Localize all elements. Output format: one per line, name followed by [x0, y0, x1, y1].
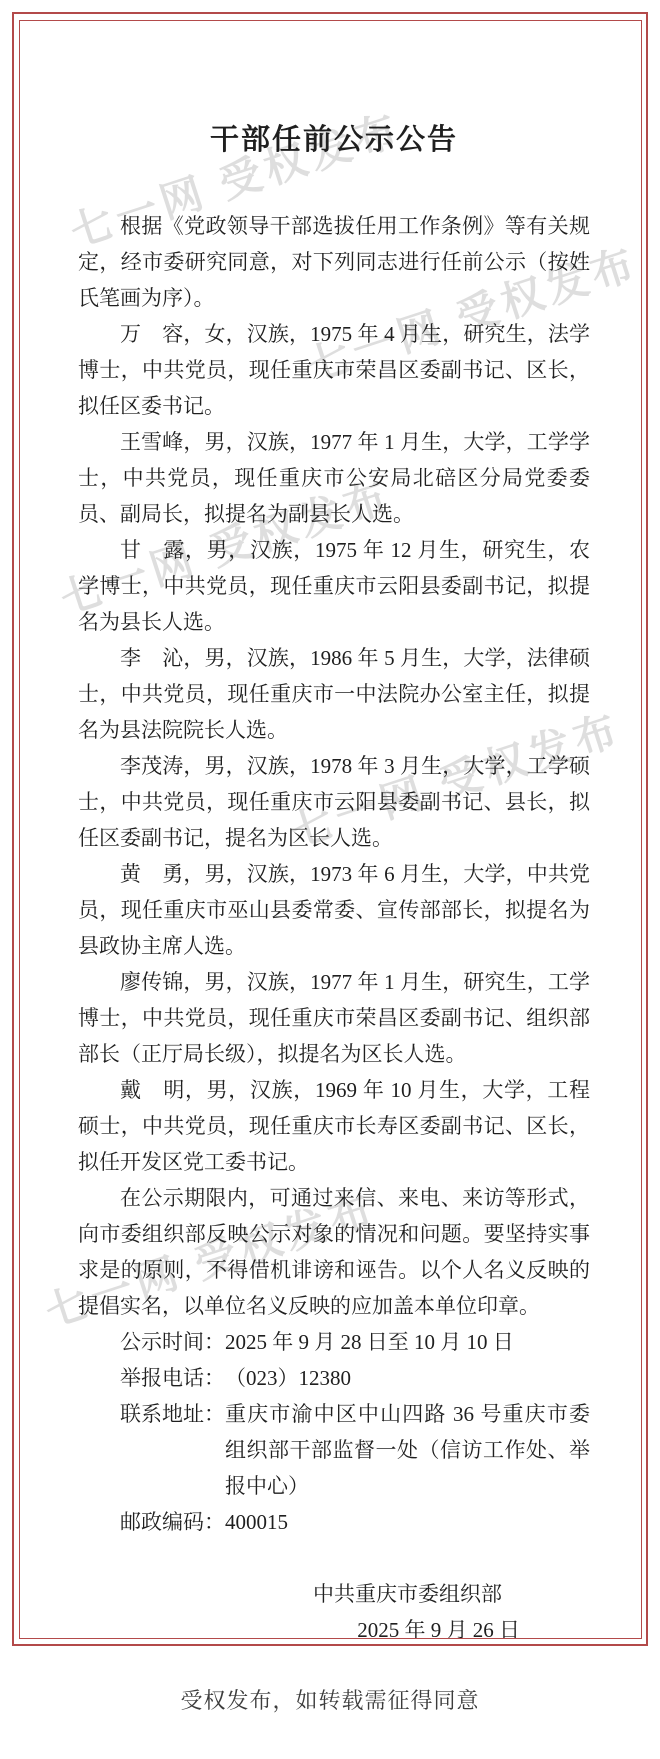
- candidate-paragraph: 王雪峰，男，汉族，1977 年 1 月生，大学，工学学士，中共党员，现任重庆市公…: [78, 424, 590, 532]
- intro-paragraph: 根据《党政领导干部选拔任用工作条例》等有关规定，经市委研究同意，对下列同志进行任…: [78, 208, 590, 316]
- postal-code-value: 400015: [225, 1504, 590, 1540]
- candidate-paragraph: 戴 明，男，汉族，1969 年 10 月生，大学，工程硕士，中共党员，现任重庆市…: [78, 1072, 590, 1180]
- signature-date: 2025 年 9 月 26 日: [78, 1612, 590, 1648]
- publicity-period-value: 2025 年 9 月 28 日至 10 月 10 日: [225, 1324, 590, 1360]
- report-phone-label: 举报电话：: [120, 1360, 225, 1396]
- candidate-paragraph: 廖传锦，男，汉族，1977 年 1 月生，研究生，工学博士，中共党员，现任重庆市…: [78, 964, 590, 1072]
- contact-block: 公示时间： 2025 年 9 月 28 日至 10 月 10 日 举报电话： （…: [78, 1324, 590, 1540]
- signature-block: 中共重庆市委组织部 2025 年 9 月 26 日: [78, 1576, 590, 1648]
- supervision-paragraph: 在公示期限内，可通过来信、来电、来访等形式，向市委组织部反映公示对象的情况和问题…: [78, 1180, 590, 1324]
- candidate-paragraph: 甘 露，男，汉族，1975 年 12 月生，研究生，农学博士，中共党员，现任重庆…: [78, 532, 590, 640]
- candidate-paragraph: 黄 勇，男，汉族，1973 年 6 月生，大学，中共党员，现任重庆市巫山县委常委…: [78, 856, 590, 964]
- contact-address-value: 重庆市渝中区中山四路 36 号重庆市委组织部干部监督一处（信访工作处、举报中心）: [225, 1396, 590, 1504]
- report-phone-row: 举报电话： （023）12380: [120, 1360, 590, 1396]
- candidate-paragraph: 李茂涛，男，汉族，1978 年 3 月生，大学，工学硕士，中共党员，现任重庆市云…: [78, 748, 590, 856]
- report-phone-value: （023）12380: [225, 1360, 590, 1396]
- postal-code-label: 邮政编码：: [120, 1504, 225, 1540]
- document-title: 干部任前公示公告: [78, 118, 590, 162]
- announcement-page: 七一网 受权发布 七一网 受权发布 七一网 受权发布 七一网 受权发布 七一网 …: [0, 0, 660, 1759]
- candidate-paragraph: 李 沁，男，汉族，1986 年 5 月生，大学，法律硕士，中共党员，现任重庆市一…: [78, 640, 590, 748]
- contact-address-label: 联系地址：: [120, 1396, 225, 1432]
- postal-code-row: 邮政编码： 400015: [120, 1504, 590, 1540]
- document-body: 干部任前公示公告 根据《党政领导干部选拔任用工作条例》等有关规定，经市委研究同意…: [78, 118, 590, 1648]
- publicity-period-label: 公示时间：: [120, 1324, 225, 1360]
- footer-note: 受权发布，如转载需征得同意: [0, 1684, 660, 1715]
- candidate-paragraph: 万 容，女，汉族，1975 年 4 月生，研究生，法学博士，中共党员，现任重庆市…: [78, 316, 590, 424]
- publicity-period-row: 公示时间： 2025 年 9 月 28 日至 10 月 10 日: [120, 1324, 590, 1360]
- signature-org: 中共重庆市委组织部: [78, 1576, 590, 1612]
- contact-address-row: 联系地址： 重庆市渝中区中山四路 36 号重庆市委组织部干部监督一处（信访工作处…: [120, 1396, 590, 1504]
